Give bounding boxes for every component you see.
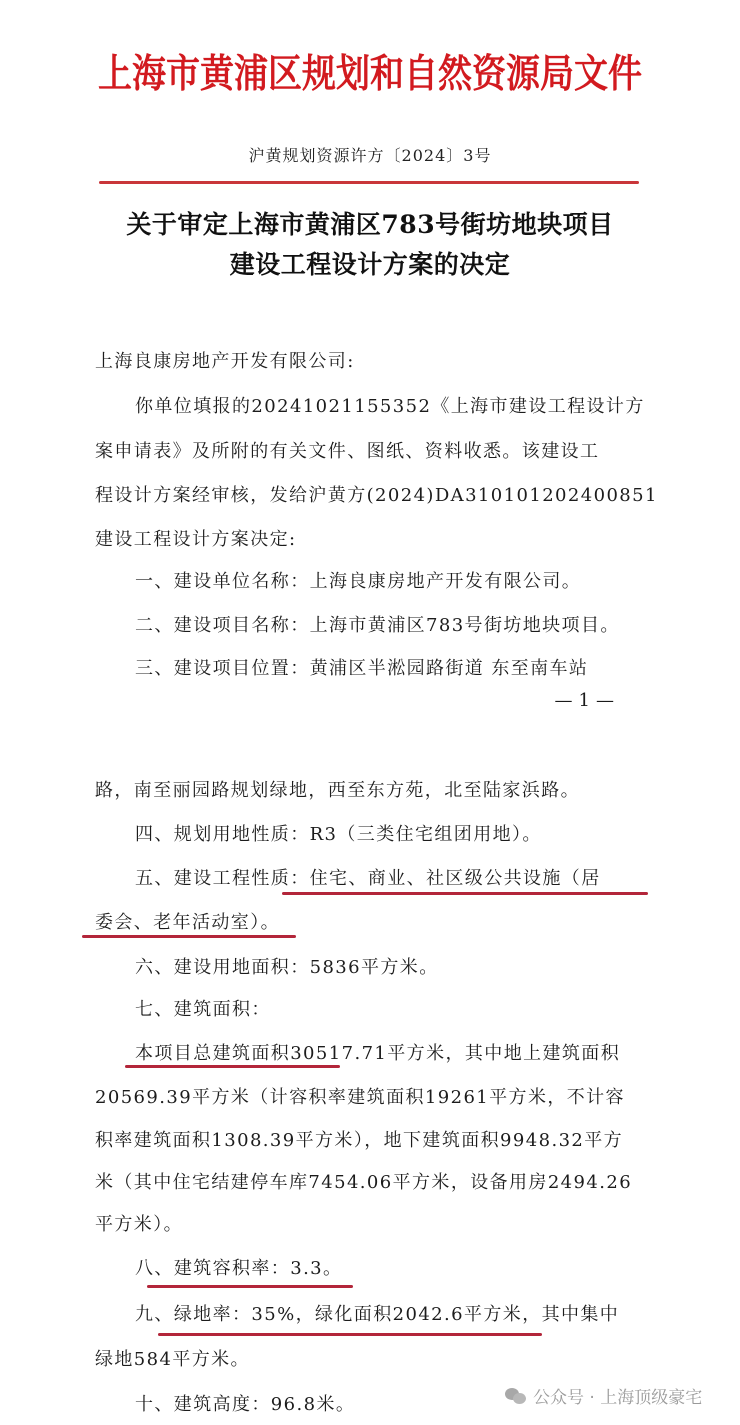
item-7-line-1: 本项目总建筑面积30517.71平方米，其中地上建筑面积: [135, 1039, 620, 1065]
highlight-underline: [147, 1285, 353, 1288]
watermark-text: 公众号 · 上海顶级豪宅: [533, 1383, 702, 1408]
item-5-cont: 委会、老年活动室）。: [95, 908, 280, 934]
item-7-line-4: 米（其中住宅结建停车库7454.06平方米，设备用房2494.26: [95, 1168, 632, 1194]
item-7-line-5: 平方米）。: [95, 1210, 183, 1236]
total-floor-area: 本项目总建筑面积30517.71平方米，: [135, 1043, 465, 1064]
item-8-far: 八、建筑容积率：3.3。: [135, 1254, 342, 1280]
above-ground-label: 其中地上建筑面积: [465, 1043, 620, 1064]
item-9-rest: 其中集中: [542, 1304, 620, 1325]
red-divider: [99, 181, 639, 184]
masthead-title: 上海市黄浦区规划和自然资源局文件: [0, 42, 740, 98]
highlight-underline: [82, 935, 296, 938]
item-7-line-2: 20569.39平方米（计容积率建筑面积19261平方米，不计容: [95, 1083, 625, 1109]
intro-line-3: 程设计方案经审核，发给沪黄方(2024)DA310101202400851: [95, 481, 658, 507]
item-8-value: 建筑容积率：3.3。: [174, 1258, 343, 1279]
item-9-cont: 绿地584平方米。: [95, 1345, 250, 1371]
intro-line-1: 你单位填报的20241021155352《上海市建设工程设计方: [135, 392, 645, 418]
item-10-height: 十、建筑高度：96.8米。: [135, 1390, 355, 1416]
item-1-unit-name: 一、建设单位名称：上海良康房地产开发有限公司。: [135, 567, 581, 593]
item-5-nature: 五、建设工程性质：住宅、商业、社区级公共设施（居: [135, 864, 601, 890]
item-4-land-use: 四、规划用地性质：R3（三类住宅组团用地）。: [135, 820, 542, 846]
addressee: 上海良康房地产开发有限公司:: [95, 347, 355, 373]
highlight-underline: [282, 892, 648, 895]
item-3-location-cont: 路，南至丽园路规划绿地，西至东方苑，北至陆家浜路。: [95, 776, 580, 802]
item-7-floor-area-heading: 七、建筑面积：: [135, 995, 271, 1021]
intro-line-4: 建设工程设计方案决定:: [95, 525, 296, 551]
document-title-line-2: 建设工程设计方案的决定: [0, 245, 740, 281]
item-3-location: 三、建设项目位置：黄浦区半淞园路街道 东至南车站: [135, 654, 588, 680]
document-title-line-1: 关于审定上海市黄浦区783号街坊地块项目: [0, 205, 740, 241]
item-9-value: 绿地率：35%，绿化面积2042.6平方米，: [174, 1304, 542, 1325]
item-9-label: 九、: [135, 1304, 174, 1325]
page-number: —1—: [555, 690, 620, 711]
document-number: 沪黄规划资源许方〔2024〕3号: [0, 143, 740, 166]
item-5-label: 五、建设工程性质：: [135, 868, 310, 889]
wechat-icon: [505, 1387, 527, 1405]
item-8-label: 八、: [135, 1258, 174, 1279]
intro-line-2: 案申请表》及所附的有关文件、图纸、资料收悉。该建设工: [95, 437, 599, 463]
item-2-project-name: 二、建设项目名称：上海市黄浦区783号街坊地块项目。: [135, 611, 620, 637]
highlight-underline: [158, 1333, 542, 1336]
item-5-value: 住宅、商业、社区级公共设施（居: [310, 868, 601, 889]
watermark: 公众号 · 上海顶级豪宅: [505, 1383, 702, 1408]
item-9-green-ratio: 九、绿地率：35%，绿化面积2042.6平方米，其中集中: [135, 1300, 619, 1326]
item-6-site-area: 六、建设用地面积：5836平方米。: [135, 953, 439, 979]
item-7-line-3: 积率建筑面积1308.39平方米），地下建筑面积9948.32平方: [95, 1126, 623, 1152]
highlight-underline: [125, 1065, 340, 1068]
